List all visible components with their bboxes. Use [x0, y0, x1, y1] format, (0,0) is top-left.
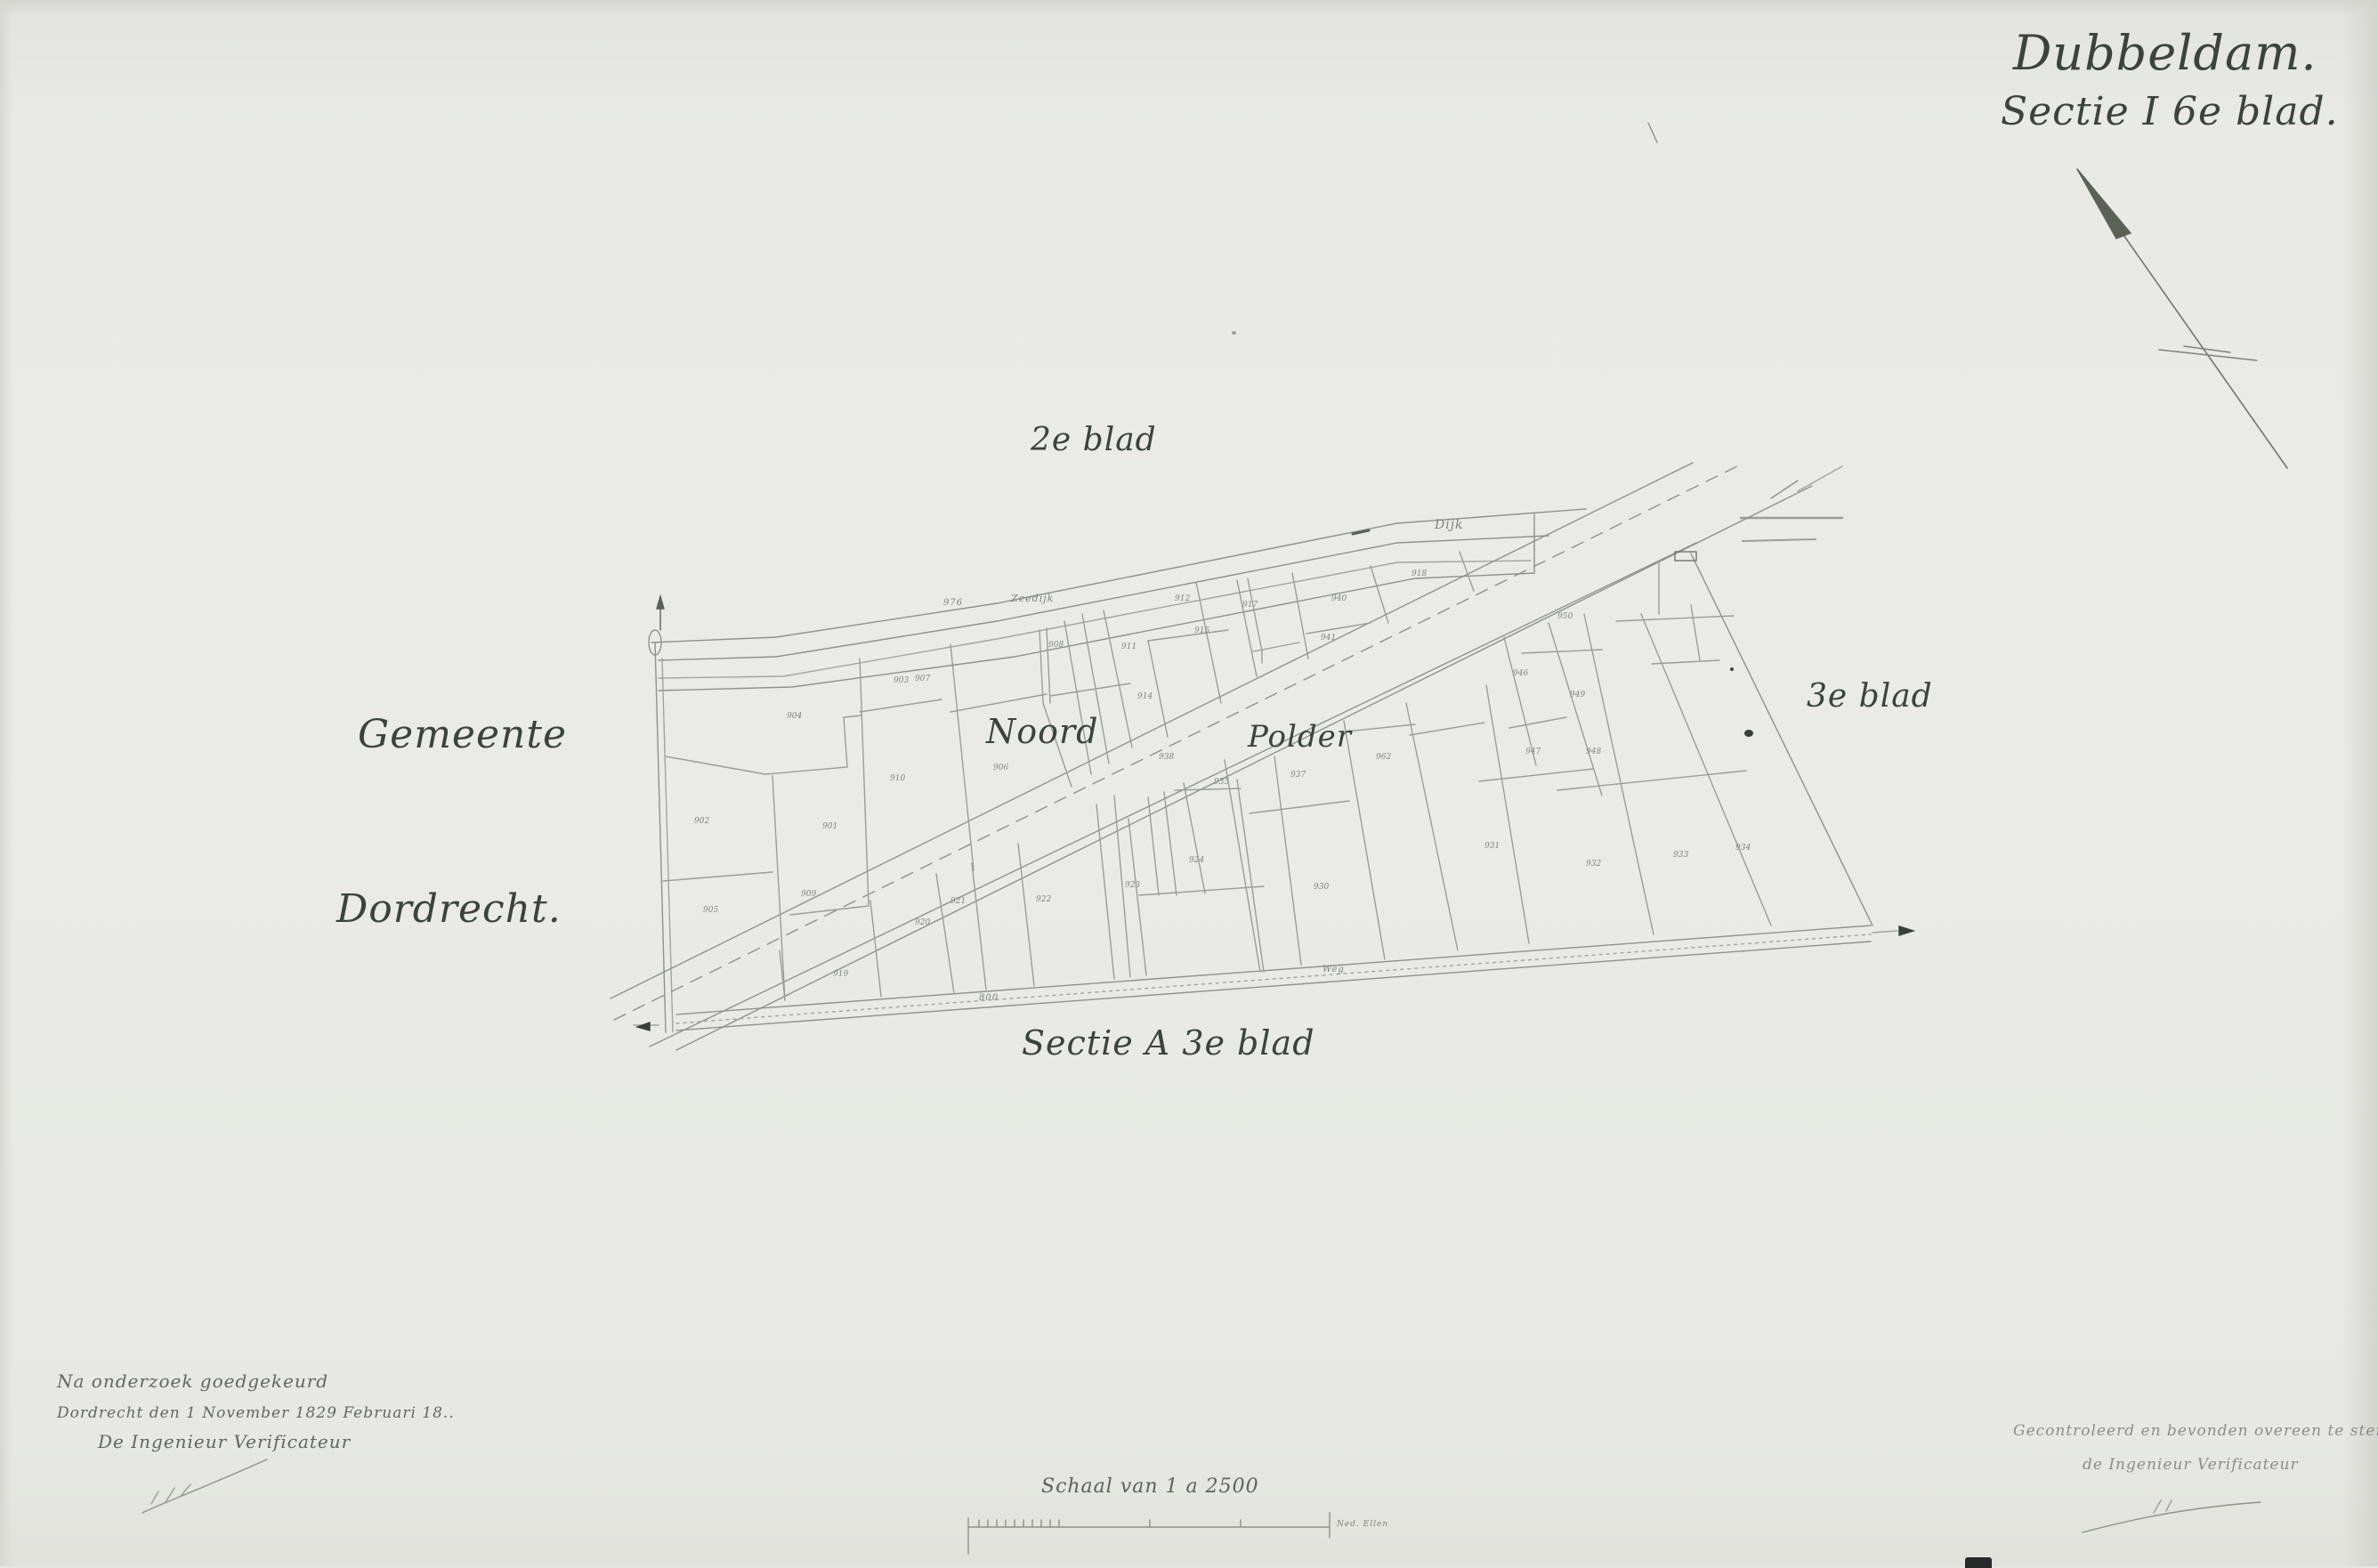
parcel-number: 924 — [1189, 856, 1204, 865]
parcel-number: 946 — [1513, 669, 1528, 678]
municipality-label-line1: Gemeente — [358, 712, 567, 757]
parcel-number: 902 — [694, 817, 709, 826]
parcel-number: 919 — [833, 970, 848, 979]
parcel-number: 934 — [1735, 844, 1751, 853]
parcel-number: 912 — [1175, 594, 1190, 603]
parcel-number: 932 — [1586, 860, 1601, 869]
parcel-number: 922 — [1036, 895, 1051, 904]
area-label-noord: Noord — [986, 712, 1099, 751]
certification-left-line3: De Ingenieur Verificateur — [98, 1431, 351, 1452]
parcel-number: 947 — [1525, 748, 1541, 756]
north-arrow-icon — [2077, 169, 2287, 468]
cadastral-map-drawing — [0, 0, 2378, 1566]
parcel-number: 910 — [890, 774, 905, 783]
section-boundary — [649, 554, 1872, 1032]
certification-right-line2: de Ingenieur Verificateur — [2083, 1456, 2299, 1474]
ink-blot — [1744, 730, 1753, 737]
parcel-number: 911 — [1121, 643, 1136, 651]
parcel-lines-north — [663, 552, 1474, 1000]
paper-clip-mark — [1965, 1557, 1992, 1566]
certification-right-line1: Gecontroleerd en bevonden overeen te ste… — [2013, 1422, 2378, 1440]
parcel-number: 904 — [787, 712, 802, 721]
parcel-number: 935 — [1214, 778, 1229, 787]
certification-left-line2: Dordrecht den 1 November 1829 Februari 1… — [57, 1404, 455, 1422]
parcel-number: 931 — [1484, 842, 1500, 851]
parcel-number: 930 — [1314, 883, 1329, 892]
scale-bar — [968, 1513, 1330, 1554]
parcel-number: 917 — [1242, 601, 1258, 610]
parcel-number: 937 — [1290, 771, 1306, 780]
signature-left — [142, 1459, 267, 1513]
area-label-polder: Polder — [1248, 719, 1352, 755]
parcel-number: 921 — [950, 897, 966, 906]
parcel-number: 941 — [1321, 634, 1336, 643]
map-subtitle: Sectie I 6e blad. — [2001, 89, 2339, 134]
parcel-number: 907 — [915, 675, 930, 683]
top-road-number: 976 — [943, 598, 963, 608]
parcel-number: 920 — [915, 918, 930, 927]
parcel-number: 948 — [1586, 748, 1601, 756]
parcel-number: 914 — [1137, 692, 1153, 701]
parcel-number: 905 — [703, 906, 718, 915]
parcel-lines-south — [780, 561, 1771, 1000]
adjacent-sheet-north-label: 2e blad — [1031, 422, 1157, 458]
top-road-label: Zeedijk — [1011, 593, 1054, 604]
signature-right — [2083, 1502, 2261, 1532]
top-dike-road — [651, 466, 1842, 691]
parcel-number: 915 — [1194, 626, 1209, 635]
bottom-road-label: Weg — [1322, 965, 1345, 974]
parcel-number: 940 — [1331, 594, 1347, 603]
ink-speck — [1730, 667, 1734, 671]
parcel-number: 918 — [1411, 570, 1427, 578]
parcel-number: 906 — [993, 764, 1008, 772]
adjacent-sheet-east-label: 3e blad — [1807, 678, 1933, 715]
dike-label: Dijk — [1435, 518, 1464, 532]
parcel-number: 950 — [1557, 612, 1573, 621]
parcel-number: 909 — [801, 890, 816, 899]
map-sheet: Dubbeldam. Sectie I 6e blad. 2e blad 3e … — [0, 0, 2378, 1566]
scale-unit-note: Ned. Ellen — [1337, 1520, 1388, 1529]
ink-speck — [1232, 331, 1236, 335]
bottom-road — [634, 925, 1913, 1031]
scale-label: Schaal van 1 a 2500 — [1041, 1475, 1259, 1498]
parcel-number: 949 — [1570, 691, 1585, 699]
parcel-number: 903 — [894, 676, 909, 685]
map-title: Dubbeldam. — [2013, 25, 2317, 81]
parcel-number: 923 — [1125, 881, 1140, 890]
parcel-number: 901 — [822, 822, 837, 831]
bottom-road-number: 800 — [979, 993, 999, 1003]
adjacent-sheet-south-label: Sectie A 3e blad — [1022, 1023, 1315, 1063]
parcel-number: 962 — [1376, 753, 1391, 762]
parcel-number: 933 — [1673, 851, 1688, 860]
certification-left-line1: Na onderzoek goedgekeurd — [57, 1370, 328, 1392]
parcel-number: 938 — [1159, 753, 1174, 762]
parcel-number: 908 — [1048, 641, 1064, 650]
diagonal-road — [611, 463, 1812, 1050]
municipality-label-line2: Dordrecht. — [336, 886, 562, 932]
